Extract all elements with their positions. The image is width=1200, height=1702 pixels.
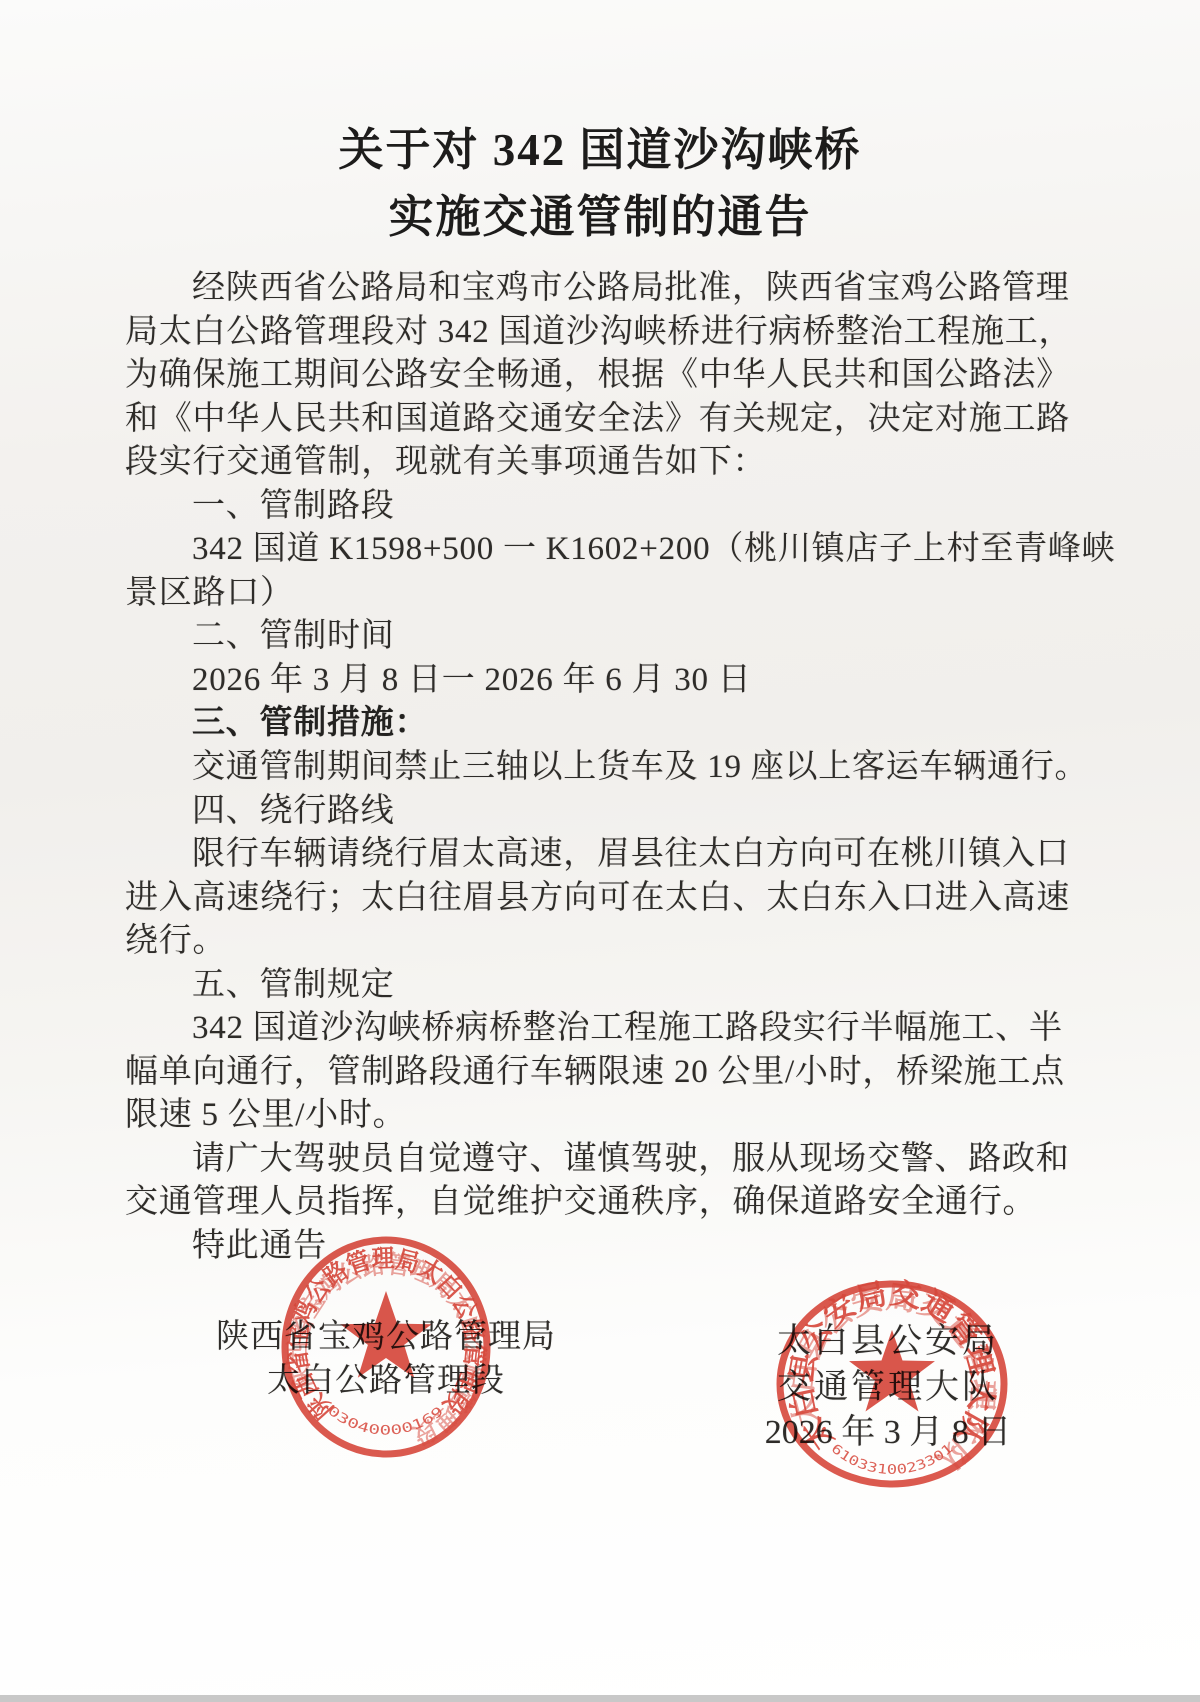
star-icon xyxy=(849,1330,935,1412)
notice-body: 经陕西省公路局和宝鸡市公路局批准，陕西省宝鸡公路管理 局太白公路管理段对 342… xyxy=(125,267,1077,1269)
body-line: 交通管制期间禁止三轴以上货车及 19 座以上客运车辆通行。 xyxy=(125,746,1077,790)
body-line: 进入高速绕行；太白往眉县方向可在太白、太白东入口进入高速 xyxy=(125,877,1077,921)
body-line: 限速 5 公里/小时。 xyxy=(125,1094,1077,1138)
notice-title-line1: 关于对 342 国道沙沟峡桥 xyxy=(0,125,1200,175)
body-line: 交通管理人员指挥，自觉维护交通秩序，确保道路安全通行。 xyxy=(125,1181,1077,1225)
notice-document-page: 关于对 342 国道沙沟峡桥 实施交通管制的通告 经陕西省公路局和宝鸡市公路局批… xyxy=(0,0,1200,1702)
star-icon xyxy=(340,1291,431,1378)
section-heading-4: 四、绕行路线 xyxy=(125,790,1077,834)
section-heading-1: 一、管制路段 xyxy=(125,485,1077,529)
body-line: 342 国道沙沟峡桥病桥整治工程施工路段实行半幅施工、半 xyxy=(125,1007,1077,1051)
body-line: 和《中华人民共和国道路交通安全法》有关规定，决定对施工路 xyxy=(125,398,1077,442)
photo-edge-strip xyxy=(0,1695,1200,1702)
section-heading-2: 二、管制时间 xyxy=(125,615,1077,659)
section-heading-5: 五、管制规定 xyxy=(125,964,1077,1008)
body-line: 请广大驾驶员自觉遵守、谨慎驾驶，服从现场交警、路政和 xyxy=(125,1138,1077,1182)
body-line: 景区路口） xyxy=(125,572,1077,616)
body-line: 限行车辆请绕行眉太高速，眉县往太白方向可在桃川镇入口 xyxy=(125,833,1077,877)
official-seal-left: 陕西省宝鸡公路管理局太白公路管理段 陕西省宝鸡公路管理局太白公路管理段 0304… xyxy=(266,1222,506,1472)
body-line: 段实行交通管制，现就有关事项通告如下： xyxy=(125,441,1077,485)
body-line: 342 国道 K1598+500 一 K1602+200（桃川镇店子上村至青峰峡 xyxy=(125,528,1077,572)
body-line: 幅单向通行，管制路段通行车辆限速 20 公里/小时，桥梁施工点 xyxy=(125,1051,1077,1095)
body-line: 为确保施工期间公路安全畅通，根据《中华人民共和国公路法》 xyxy=(125,354,1077,398)
official-seal-right: 太白县公安局交通管理大队 太白县公安局交通管理大队 6103310023301 xyxy=(767,1269,1017,1499)
section-heading-3: 三、管制措施： xyxy=(125,702,1077,746)
body-line: 局太白公路管理段对 342 国道沙沟峡桥进行病桥整治工程施工， xyxy=(125,311,1077,355)
body-line: 经陕西省公路局和宝鸡市公路局批准，陕西省宝鸡公路管理 xyxy=(125,267,1077,311)
control-period: 2026 年 3 月 8 日一 2026 年 6 月 30 日 xyxy=(125,659,1077,703)
notice-title-line2: 实施交通管制的通告 xyxy=(0,192,1200,242)
body-line: 绕行。 xyxy=(125,920,1077,964)
